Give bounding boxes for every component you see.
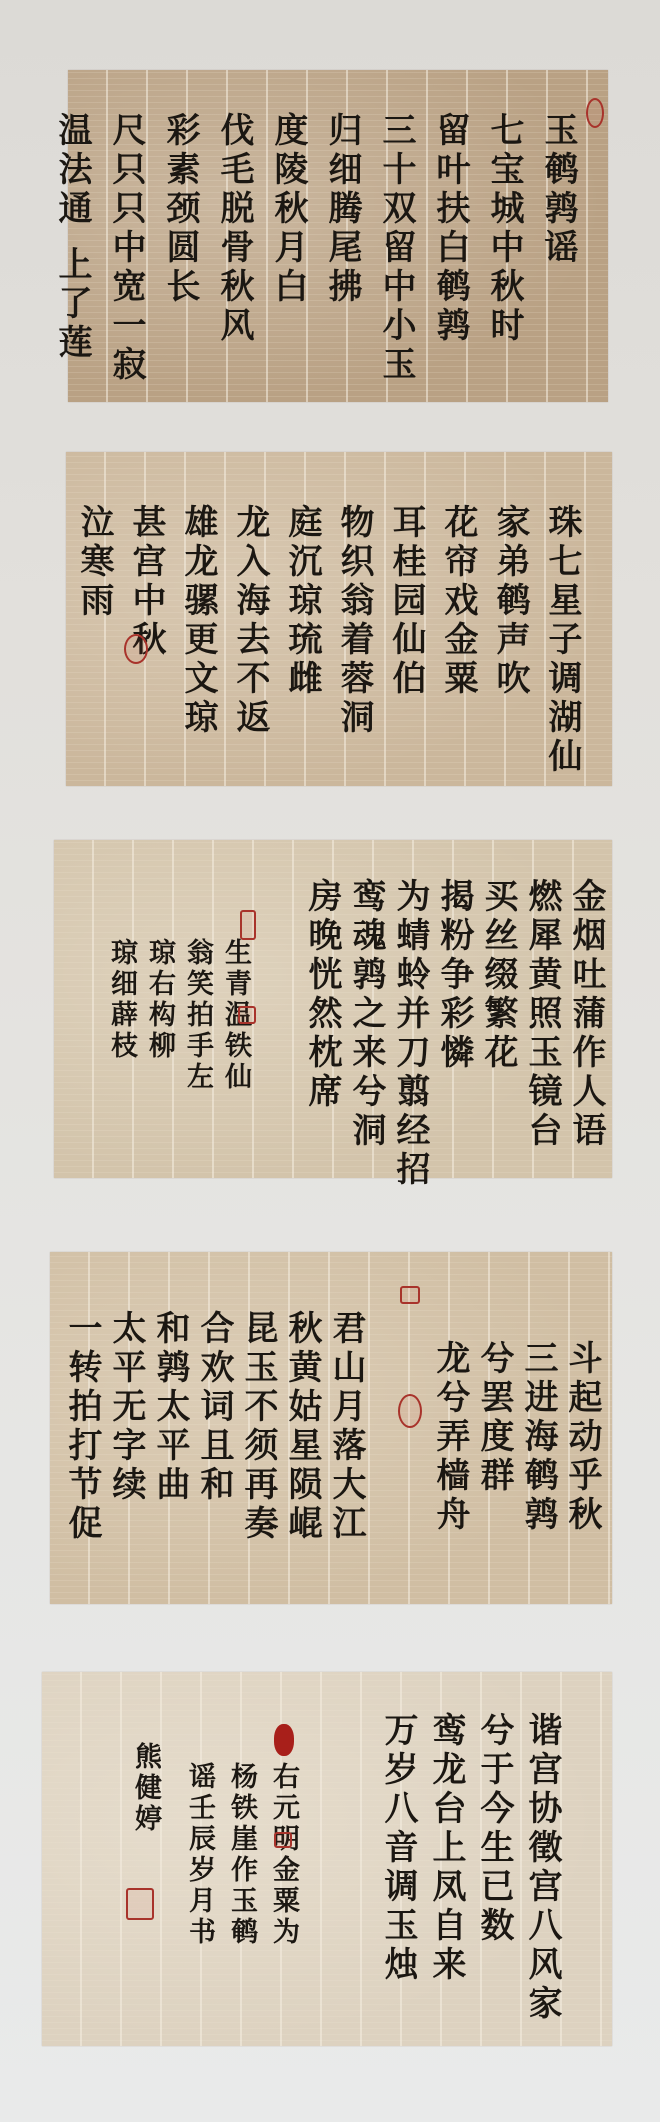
text-column: 昆玉不须再奏: [238, 1310, 278, 1544]
text-column: 兮于今生已数: [474, 1712, 514, 1946]
text-column: 鸾魂鹑之来兮洞: [346, 878, 386, 1151]
text-column: 房晚恍然枕席: [302, 878, 342, 1112]
text-column: 雄龙骡更文琼: [178, 504, 218, 738]
text-column: 太平无字续: [106, 1310, 146, 1505]
text-column: 庭沉琼琉雌: [282, 504, 322, 699]
calligraphy-panel-5: 谐宫协徵宫八风家 兮于今生已数 鸾龙台上凤自来 万岁八音调玉烛 右元明金粟为 杨…: [42, 1672, 612, 2046]
seal-stamp-icon: [238, 1006, 256, 1024]
text-column: 谐宫协徵宫八风家: [522, 1712, 562, 2024]
text-column: 斗起动乎秋: [562, 1340, 602, 1535]
text-column: 秋黄姑星陨崐: [282, 1310, 322, 1544]
text-column: 龙兮弄樯舟: [430, 1340, 470, 1535]
seal-stamp-icon: [586, 98, 604, 128]
text-column: 右元明金粟为: [266, 1762, 300, 1948]
text-column: 度陵秋月白: [268, 112, 308, 307]
signature-column: 熊健婷: [128, 1742, 162, 1835]
text-column: 三十双留中小玉: [376, 112, 416, 385]
seal-stamp-icon: [398, 1394, 422, 1428]
text-column: 琼细薜枝: [104, 938, 138, 1062]
seal-stamp-icon: [240, 910, 256, 940]
text-column: 君山月落大江: [326, 1310, 366, 1544]
text-column: 留叶扶白鹌鹑: [430, 112, 470, 346]
text-column: 三进海鹌鹑: [518, 1340, 558, 1535]
text-column: 七宝城中秋时: [484, 112, 524, 346]
text-column: 买丝缀繁花: [478, 878, 518, 1073]
text-column: 兮罢度群: [474, 1340, 514, 1496]
seal-stamp-icon: [400, 1286, 420, 1304]
text-column: 金烟吐蒲作人语: [566, 878, 606, 1151]
text-column: 彩素颈圆长: [160, 112, 200, 307]
text-column: 鸾龙台上凤自来: [426, 1712, 466, 1985]
text-column: 耳桂园仙伯: [386, 504, 426, 699]
text-column: 花帘戏金粟: [438, 504, 478, 699]
text-column: 温法通 上了莲: [52, 112, 92, 363]
text-column: 琼右构柳: [142, 938, 176, 1062]
text-column: 伐毛脱骨秋风: [214, 112, 254, 346]
text-column: 龙入海去不返: [230, 504, 270, 738]
text-column: 燃犀黄照玉镜台: [522, 878, 562, 1151]
calligraphy-panel-1: 玉鹌鹑谣 七宝城中秋时 留叶扶白鹌鹑 三十双留中小玉 归细腾尾拂 度陵秋月白 伐…: [68, 70, 608, 402]
text-column: 翁笑拍手左: [180, 938, 214, 1093]
text-column: 合欢词且和: [194, 1310, 234, 1505]
calligraphy-panel-4: 斗起动乎秋 三进海鹌鹑 兮罢度群 龙兮弄樯舟 君山月落大江 秋黄姑星陨崐 昆玉不…: [50, 1252, 612, 1604]
seal-stamp-icon: [274, 1724, 294, 1756]
text-column: 揭粉争彩憐: [434, 878, 474, 1073]
seal-stamp-icon: [124, 634, 148, 664]
text-column: 和鹑太平曲: [150, 1310, 190, 1505]
text-column: 家弟鹌声吹: [490, 504, 530, 699]
text-column: 为蜻蛉并刀翦经招: [390, 878, 430, 1190]
calligraphy-panel-3: 金烟吐蒲作人语 燃犀黄照玉镜台 买丝缀繁花 揭粉争彩憐 为蜻蛉并刀翦经招 鸾魂鹑…: [54, 840, 612, 1178]
text-column: 物织翁着蓉洞: [334, 504, 374, 738]
text-column: 归细腾尾拂: [322, 112, 362, 307]
text-column: 一转拍打节促: [62, 1310, 102, 1544]
text-column: 尺只只中宽一寂: [106, 112, 146, 385]
artist-seal-icon: [126, 1888, 154, 1920]
calligraphy-panel-2: 珠七星子调湖仙 家弟鹌声吹 花帘戏金粟 耳桂园仙伯 物织翁着蓉洞 庭沉琼琉雌 龙…: [66, 452, 612, 786]
text-column: 珠七星子调湖仙: [542, 504, 582, 777]
text-column: 玉鹌鹑谣: [538, 112, 578, 268]
text-column: 万岁八音调玉烛: [378, 1712, 418, 1985]
text-column: 杨铁崖作玉鹌: [224, 1762, 258, 1948]
text-column: 谣壬辰岁月书: [182, 1762, 216, 1948]
text-column: 泣寒雨: [74, 504, 114, 621]
seal-stamp-icon: [274, 1832, 292, 1848]
